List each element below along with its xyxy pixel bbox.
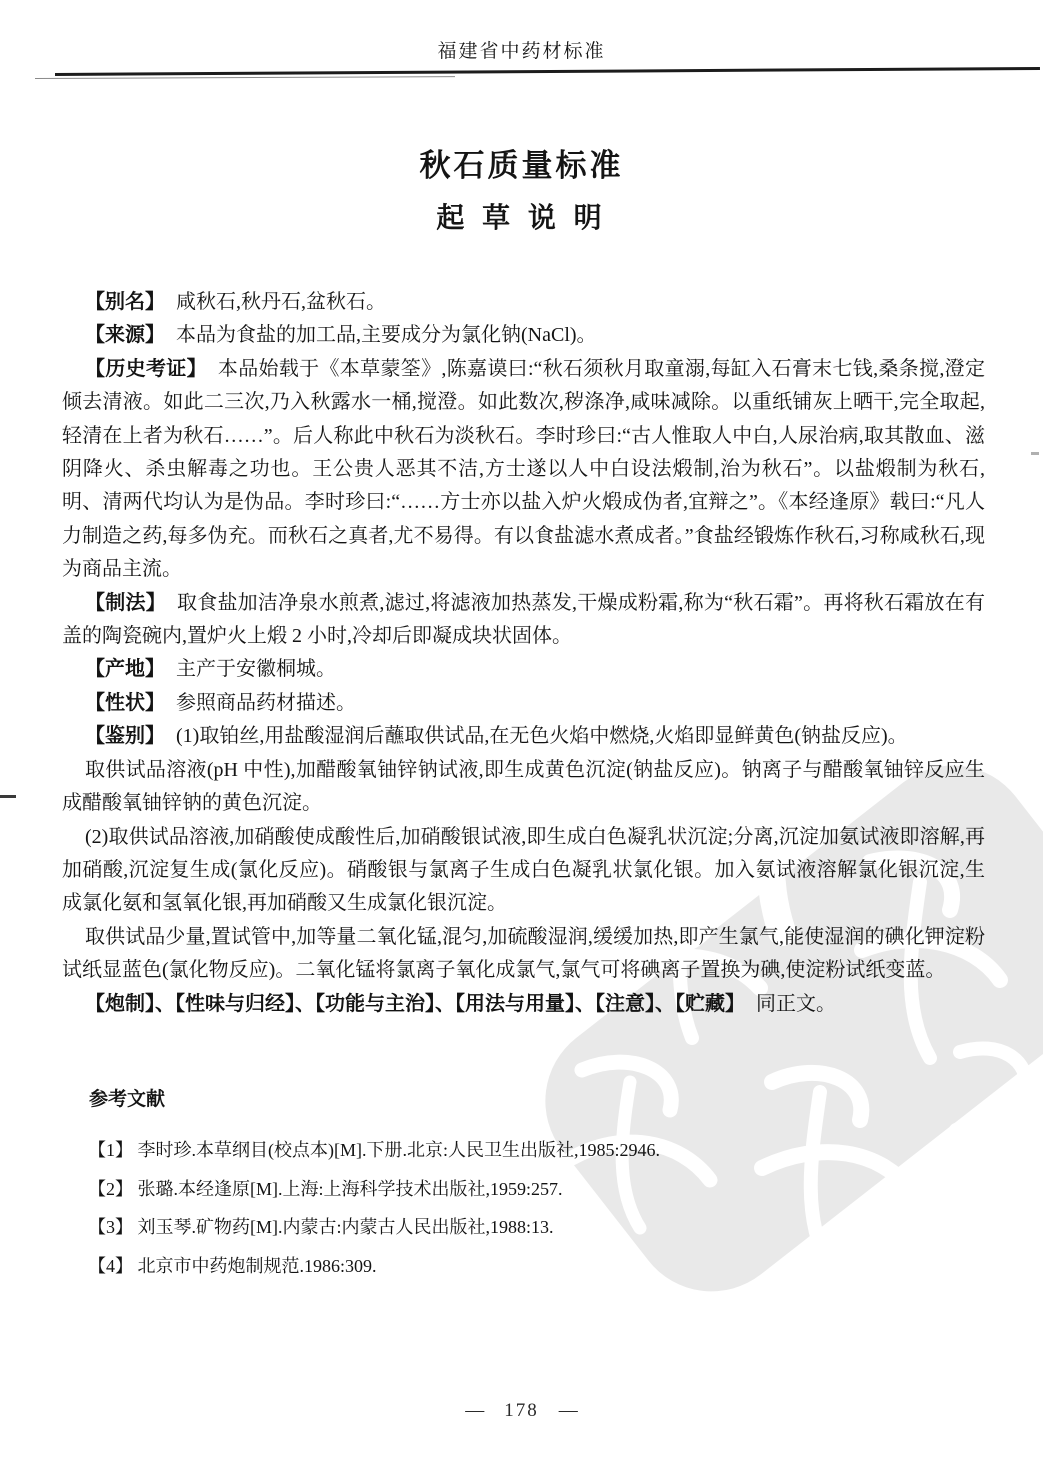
footer-dash-right: — xyxy=(559,1400,578,1421)
document-body: 【别名】咸秋石,秋丹石,盆秋石。 【来源】本品为食盐的加工品,主要成分为氯化钠(… xyxy=(62,286,985,1021)
paragraph-text: 取供试品溶液(pH 中性),加醋酸氧铀锌钠试液,即生成黄色沉淀(钠盐反应)。钠离… xyxy=(62,759,985,814)
section-label: 【历史考证】 xyxy=(85,358,207,380)
paragraph: 【制法】取食盐加洁净泉水煎煮,滤过,将滤液加热蒸发,干燥成粉霜,称为“秋石霜”。… xyxy=(62,587,985,654)
paragraph: 【别名】咸秋石,秋丹石,盆秋石。 xyxy=(62,286,985,319)
reference-item: 【1】 李时珍.本草纲目(校点本)[M].下册.北京:人民卫生出版社,1985:… xyxy=(62,1131,985,1170)
running-header: 福建省中药材标准 xyxy=(0,36,1043,63)
paragraph-text: 本品始载于《本草蒙筌》,陈嘉谟曰:“秋石须秋月取童溺,每缸入石膏末七钱,桑条搅,… xyxy=(62,358,985,580)
paragraph: (2)取供试品溶液,加硝酸使成酸性后,加硝酸银试液,即生成白色凝乳状沉淀;分离,… xyxy=(62,821,985,921)
paragraph-text: 参照商品药材描述。 xyxy=(176,692,356,714)
references-section: 参考文献 【1】 李时珍.本草纲目(校点本)[M].下册.北京:人民卫生出版社,… xyxy=(62,1084,985,1285)
section-label: 【产地】 xyxy=(85,658,165,680)
reference-item: 【2】 张璐.本经逢原[M].上海:上海科学技术出版社,1959:257. xyxy=(62,1170,985,1209)
paragraph-text: 同正文。 xyxy=(756,993,836,1015)
paragraph-text: 本品为食盐的加工品,主要成分为氯化钠(NaCl)。 xyxy=(176,324,597,346)
paragraph-text: 主产于安徽桐城。 xyxy=(176,658,336,680)
paragraph-text: (2)取供试品溶液,加硝酸使成酸性后,加硝酸银试液,即生成白色凝乳状沉淀;分离,… xyxy=(62,826,985,915)
paragraph: 【历史考证】本品始载于《本草蒙筌》,陈嘉谟曰:“秋石须秋月取童溺,每缸入石膏末七… xyxy=(62,353,985,587)
reference-item: 【4】 北京市中药炮制规范.1986:309. xyxy=(62,1247,985,1286)
scanned-document-page: PDG 福建省中药材标准 秋石质量标准 起 草 说 明 【别名】咸秋石,秋丹石,… xyxy=(0,0,1043,1471)
paragraph-text: 取食盐加洁净泉水煎煮,滤过,将滤液加热蒸发,干燥成粉霜,称为“秋石霜”。再将秋石… xyxy=(62,592,985,647)
section-label: 【制法】 xyxy=(85,592,166,614)
section-label: 【性状】 xyxy=(85,692,165,714)
paragraph-text: (1)取铂丝,用盐酸湿润后蘸取供试品,在无色火焰中燃烧,火焰即显鲜黄色(钠盐反应… xyxy=(176,725,908,747)
paragraph: 【产地】主产于安徽桐城。 xyxy=(62,653,985,686)
paragraph: 【炮制】、【性味与归经】、【功能与主治】、【用法与用量】、【注意】、【贮藏】同正… xyxy=(62,988,985,1021)
paragraph-text: 取供试品少量,置试管中,加等量二氧化锰,混匀,加硫酸湿润,缓缓加热,即产生氯气,… xyxy=(62,926,985,981)
scan-artifact-right xyxy=(1031,452,1039,455)
paragraph: 【鉴别】(1)取铂丝,用盐酸湿润后蘸取供试品,在无色火焰中燃烧,火焰即显鲜黄色(… xyxy=(62,720,985,753)
paragraph-text: 咸秋石,秋丹石,盆秋石。 xyxy=(176,291,386,313)
page-subtitle: 起 草 说 明 xyxy=(0,196,1043,236)
references-heading: 参考文献 xyxy=(89,1084,985,1111)
section-label: 【别名】 xyxy=(85,291,165,313)
section-label: 【鉴别】 xyxy=(85,725,165,747)
paragraph: 取供试品溶液(pH 中性),加醋酸氧铀锌钠试液,即生成黄色沉淀(钠盐反应)。钠离… xyxy=(62,754,985,821)
paragraph: 【性状】参照商品药材描述。 xyxy=(62,687,985,720)
page-number: 178 xyxy=(504,1400,539,1421)
paragraph: 取供试品少量,置试管中,加等量二氧化锰,混匀,加硫酸湿润,缓缓加热,即产生氯气,… xyxy=(62,921,985,988)
scan-artifact-left xyxy=(0,795,16,798)
header-rule-ghost xyxy=(35,76,455,79)
section-label: 【炮制】、【性味与归经】、【功能与主治】、【用法与用量】、【注意】、【贮藏】 xyxy=(85,993,745,1015)
reference-item: 【3】 刘玉琴.矿物药[M].内蒙古:内蒙古人民出版社,1988:13. xyxy=(62,1208,985,1247)
section-label: 【来源】 xyxy=(85,324,165,346)
footer-dash-left: — xyxy=(465,1400,484,1421)
header-rule xyxy=(55,67,1040,76)
page-title: 秋石质量标准 xyxy=(0,140,1043,185)
paragraph: 【来源】本品为食盐的加工品,主要成分为氯化钠(NaCl)。 xyxy=(62,319,985,352)
page-footer: —178— xyxy=(0,1400,1043,1422)
references-list: 【1】 李时珍.本草纲目(校点本)[M].下册.北京:人民卫生出版社,1985:… xyxy=(62,1131,985,1285)
